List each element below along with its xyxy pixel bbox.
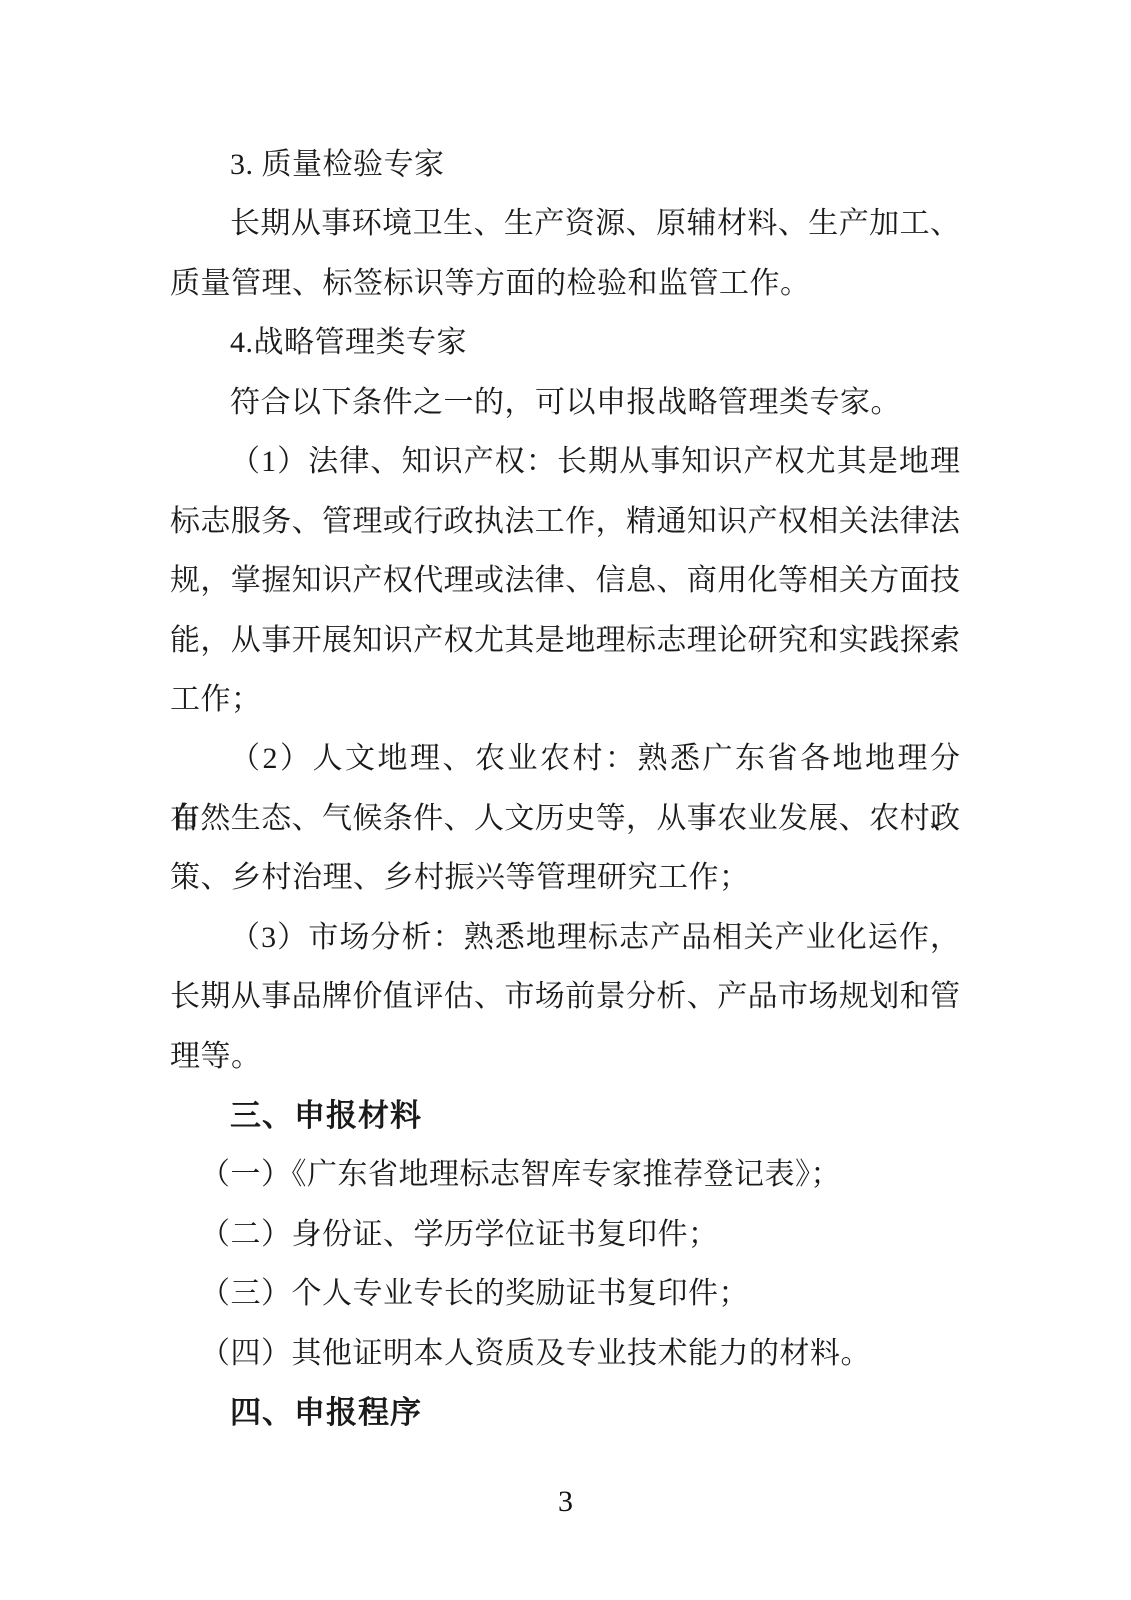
text-line: （1）法律、知识产权：长期从事知识产权尤其是地理 <box>170 432 960 491</box>
paragraph: （1）法律、知识产权：长期从事知识产权尤其是地理标志服务、管理或行政执法工作，精… <box>170 432 960 729</box>
document-page: 3. 质量检验专家长期从事环境卫生、生产资源、原辅材料、生产加工、质量管理、标签… <box>0 0 1131 1600</box>
text-line: （一）《广东省地理标志智库专家推荐登记表》； <box>170 1145 960 1204</box>
section-heading: 三、申报材料 <box>170 1086 960 1145</box>
paragraph: 符合以下条件之一的，可以申报战略管理类专家。 <box>170 373 960 432</box>
text-line: （三）个人专业专长的奖励证书复印件； <box>170 1264 960 1323</box>
text-line: 四、申报程序 <box>170 1383 960 1442</box>
paragraph: （3）市场分析：熟悉地理标志产品相关产业化运作，长期从事品牌价值评估、市场前景分… <box>170 908 960 1086</box>
text-line: （四）其他证明本人资质及专业技术能力的材料。 <box>170 1324 960 1383</box>
page-number: 3 <box>0 1472 1131 1531</box>
text-line: （2）人文地理、农业农村：熟悉广东省各地地理分布、 <box>170 729 960 788</box>
paragraph: （三）个人专业专长的奖励证书复印件； <box>170 1264 960 1323</box>
text-line: 规，掌握知识产权代理或法律、信息、商用化等相关方面技 <box>170 551 960 610</box>
text-line: 3. 质量检验专家 <box>170 135 960 194</box>
paragraph: 长期从事环境卫生、生产资源、原辅材料、生产加工、质量管理、标签标识等方面的检验和… <box>170 194 960 313</box>
paragraph: （二）身份证、学历学位证书复印件； <box>170 1205 960 1264</box>
text-line: 策、乡村治理、乡村振兴等管理研究工作； <box>170 848 960 907</box>
paragraph: （2）人文地理、农业农村：熟悉广东省各地地理分布、自然生态、气候条件、人文历史等… <box>170 729 960 907</box>
text-line: 标志服务、管理或行政执法工作，精通知识产权相关法律法 <box>170 492 960 551</box>
text-line: （二）身份证、学历学位证书复印件； <box>170 1205 960 1264</box>
document-body: 3. 质量检验专家长期从事环境卫生、生产资源、原辅材料、生产加工、质量管理、标签… <box>170 135 960 1443</box>
paragraph: 3. 质量检验专家 <box>170 135 960 194</box>
paragraph: （一）《广东省地理标志智库专家推荐登记表》； <box>170 1145 960 1204</box>
text-line: 理等。 <box>170 1027 960 1086</box>
text-line: 能，从事开展知识产权尤其是地理标志理论研究和实践探索 <box>170 611 960 670</box>
text-line: 质量管理、标签标识等方面的检验和监管工作。 <box>170 254 960 313</box>
paragraph: 4.战略管理类专家 <box>170 313 960 372</box>
text-line: 符合以下条件之一的，可以申报战略管理类专家。 <box>170 373 960 432</box>
text-line: （3）市场分析：熟悉地理标志产品相关产业化运作， <box>170 908 960 967</box>
text-line: 长期从事环境卫生、生产资源、原辅材料、生产加工、 <box>170 194 960 253</box>
text-line: 4.战略管理类专家 <box>170 313 960 372</box>
text-line: 三、申报材料 <box>170 1086 960 1145</box>
text-line: 长期从事品牌价值评估、市场前景分析、产品市场规划和管 <box>170 967 960 1026</box>
section-heading: 四、申报程序 <box>170 1383 960 1442</box>
paragraph: （四）其他证明本人资质及专业技术能力的材料。 <box>170 1324 960 1383</box>
text-line: 自然生态、气候条件、人文历史等，从事农业发展、农村政 <box>170 789 960 848</box>
text-line: 工作； <box>170 670 960 729</box>
